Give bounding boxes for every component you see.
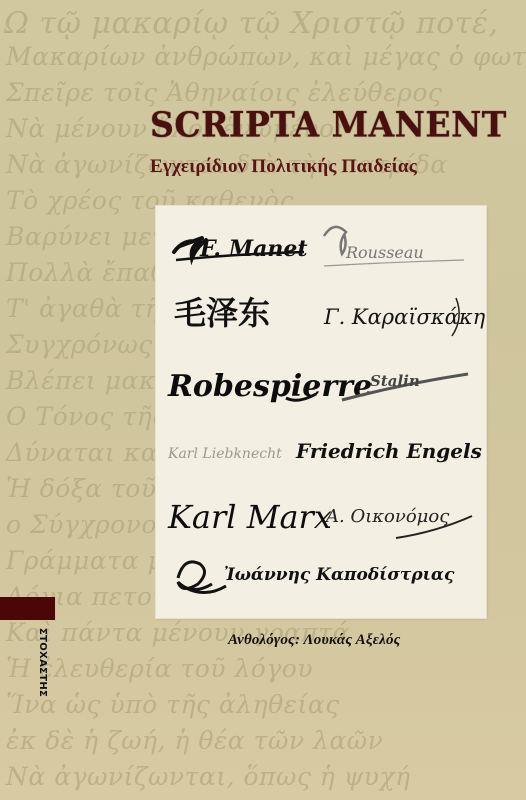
- background-line: Ἵνα ὡς ὑπὸ τῆς ἀληθείας: [6, 690, 340, 719]
- book-cover: Ω τῷ μακαρίῳ τῷ Χριστῷ ποτέ, Μακαρίων ἀν…: [0, 0, 526, 800]
- signature-4: Γ. Καραϊσκάκης: [323, 305, 486, 329]
- signature-8: Friedrich Engels: [295, 439, 482, 463]
- background-line: Νὰ ἀγωνίζωνται, ὅπως ἡ ψυχή: [6, 762, 411, 791]
- signature-10: Α. Οικονόμος: [324, 506, 450, 527]
- publisher-name: ΣΤΟΧΑΣΤΗΣ: [37, 628, 48, 697]
- book-subtitle: Εγχειρίδιον Πολιτικής Παιδείας: [150, 156, 510, 178]
- signature-1: F. Manet: [174, 236, 308, 262]
- background-line: Ἡ ἐλευθερία τοῦ λόγου: [6, 654, 313, 683]
- signature-3: 毛泽东: [174, 294, 270, 332]
- publisher-logo: ΣΤΟΧΑΣΤΗΣ: [36, 628, 48, 726]
- signatures-illustration: F. Manet Rousseau 毛泽东 Γ. Καραϊσκάκης Rob…: [156, 206, 486, 618]
- signature-11: Ἰωάννης Καποδίστριας: [224, 565, 455, 585]
- signature-9: Karl Marx: [167, 498, 332, 536]
- anthologist-credit: Ανθολόγος: Λουκάς Αξελός: [228, 632, 508, 649]
- signature-2: Rousseau: [324, 227, 464, 266]
- background-line: ἐκ δὲ ἡ ζωή, ἡ θέα τῶν λαῶν: [6, 726, 383, 755]
- background-line: Ω τῷ μακαρίῳ τῷ Χριστῷ ποτέ,: [4, 6, 499, 41]
- svg-text:Rousseau: Rousseau: [345, 243, 424, 262]
- book-title: SCRIPTA MANENT: [150, 104, 510, 145]
- svg-text:F. Manet: F. Manet: [199, 236, 308, 262]
- signature-6: Stalin: [370, 372, 420, 390]
- signature-7: Karl Liebknecht: [167, 446, 282, 462]
- publisher-color-bar: [0, 597, 55, 620]
- background-line: Μακαρίων ἀνθρώπων, καὶ μέγας ὁ φωτ: [6, 42, 526, 71]
- signature-5: Robespierre: [167, 369, 372, 404]
- signatures-panel: F. Manet Rousseau 毛泽东 Γ. Καραϊσκάκης Rob…: [156, 206, 486, 618]
- background-line: Σπεῖρε τοῖς Ἀθηναίοις ἐλεύθερος: [6, 78, 442, 107]
